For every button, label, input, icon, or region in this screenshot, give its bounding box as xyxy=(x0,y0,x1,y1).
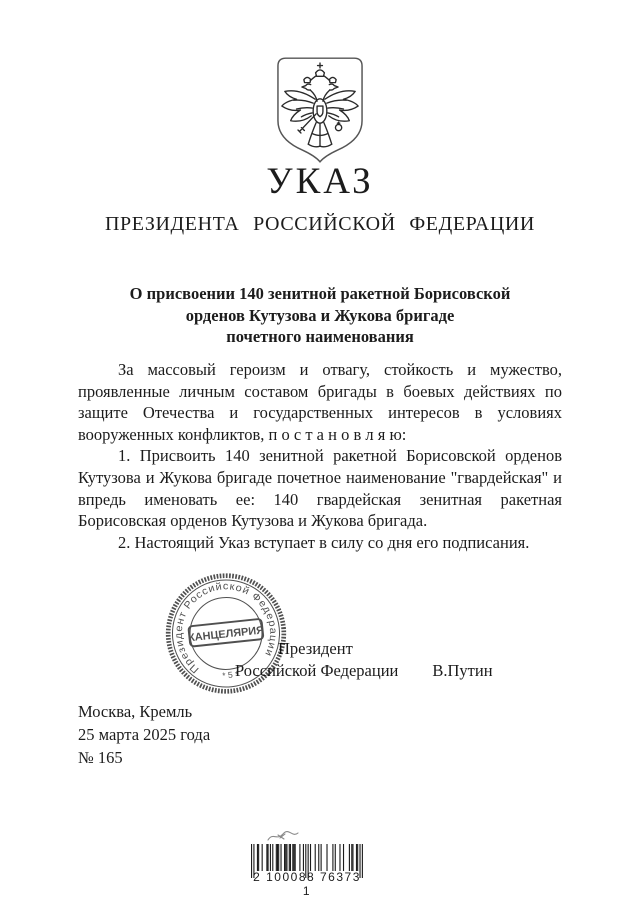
signature-name: В.Путин xyxy=(432,660,492,682)
footer-number: № 165 xyxy=(78,746,210,769)
subject-line-2: орденов Кутузова и Жукова бригаде xyxy=(0,305,640,327)
chancellery-stamp: Президент Российской Федерации * 5 * КАН… xyxy=(156,565,296,703)
body-paragraph-preamble: За массовый героизм и отвагу, стойкость … xyxy=(78,359,562,445)
handwritten-mark xyxy=(264,829,310,844)
decree-document: УКАЗ ПРЕЗИДЕНТА РОССИЙСКОЙ ФЕДЕРАЦИИ О п… xyxy=(0,0,640,905)
document-type-heading: УКАЗ xyxy=(0,163,640,201)
coat-of-arms-icon xyxy=(276,56,364,164)
stamp-ring-text: Президент Российской Федерации xyxy=(169,576,282,676)
decree-subject: О присвоении 140 зенитной ракетной Борис… xyxy=(0,283,640,348)
stamp-bottom-text: * 5 * xyxy=(222,669,240,681)
svg-text:Президент Российской Федерации: Президент Российской Федерации xyxy=(169,576,282,676)
body-paragraph-item-1: 1. Присвоить 140 зенитной ракетной Борис… xyxy=(78,445,562,531)
issuer-heading: ПРЕЗИДЕНТА РОССИЙСКОЙ ФЕДЕРАЦИИ xyxy=(0,212,640,236)
subject-line-1: О присвоении 140 зенитной ракетной Борис… xyxy=(0,283,640,305)
stamp-center-text: КАНЦЕЛЯРИЯ xyxy=(188,624,265,644)
barcode-block: 2 100088 76373 1 xyxy=(248,829,366,898)
subject-line-3: почетного наименования xyxy=(0,326,640,348)
barcode-digits: 2 100088 76373 1 xyxy=(248,870,366,898)
decree-body: За массовый героизм и отвагу, стойкость … xyxy=(78,359,562,553)
body-paragraph-item-2: 2. Настоящий Указ вступает в силу со дня… xyxy=(78,532,562,554)
footer-place: Москва, Кремль xyxy=(78,700,210,723)
footer-date: 25 марта 2025 года xyxy=(78,723,210,746)
decree-footer: Москва, Кремль 25 марта 2025 года № 165 xyxy=(78,700,210,769)
